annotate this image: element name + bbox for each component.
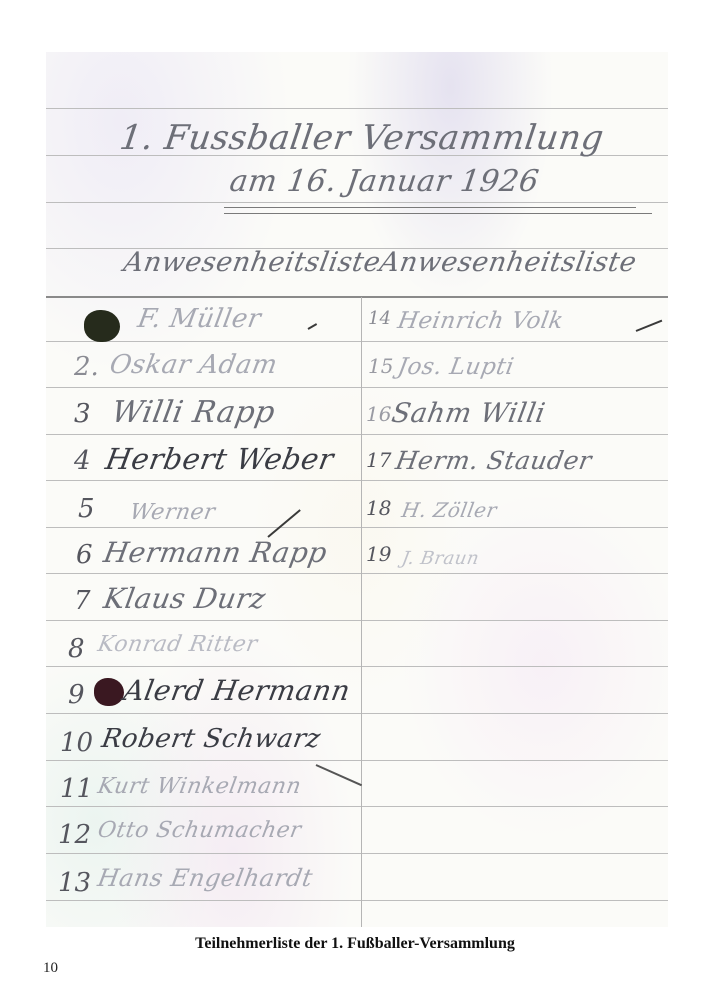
check-mark	[636, 320, 663, 332]
column-header-right: Anwesenheitsliste	[377, 247, 639, 278]
ruled-line	[46, 527, 668, 528]
slash-mark	[267, 509, 300, 538]
title-underline	[224, 207, 636, 208]
meeting-date: am 16. Januar 1926	[228, 164, 542, 199]
handwritten-sheet: 1. Fussballer Versammlung am 16. Januar …	[46, 52, 668, 927]
header-separator-line	[46, 296, 668, 298]
ink-blot	[84, 310, 120, 342]
ruled-line	[46, 806, 668, 807]
title-underline	[224, 213, 652, 214]
ruled-line	[46, 434, 668, 435]
ink-blot	[94, 678, 124, 706]
column-header-left: Anwesenheitsliste	[121, 247, 383, 278]
figure-caption: Teilnehmerliste der 1. Fußballer-Versamm…	[0, 935, 710, 953]
ruled-line	[46, 573, 668, 574]
check-mark	[308, 323, 318, 330]
ruled-line	[46, 341, 668, 342]
ruled-line	[46, 387, 668, 388]
ruled-line	[46, 760, 668, 761]
ruled-line	[46, 480, 668, 481]
document-title: 1. Fussballer Versammlung	[117, 118, 606, 158]
stroke-mark	[316, 764, 362, 786]
ruled-line	[46, 620, 668, 621]
ruled-line	[46, 853, 668, 854]
ruled-line	[46, 202, 668, 203]
ruled-line	[46, 108, 668, 109]
ruled-line	[46, 900, 668, 901]
ruled-line	[46, 713, 668, 714]
page-number: 10	[43, 960, 58, 977]
column-divider	[361, 297, 362, 927]
ruled-line	[46, 666, 668, 667]
